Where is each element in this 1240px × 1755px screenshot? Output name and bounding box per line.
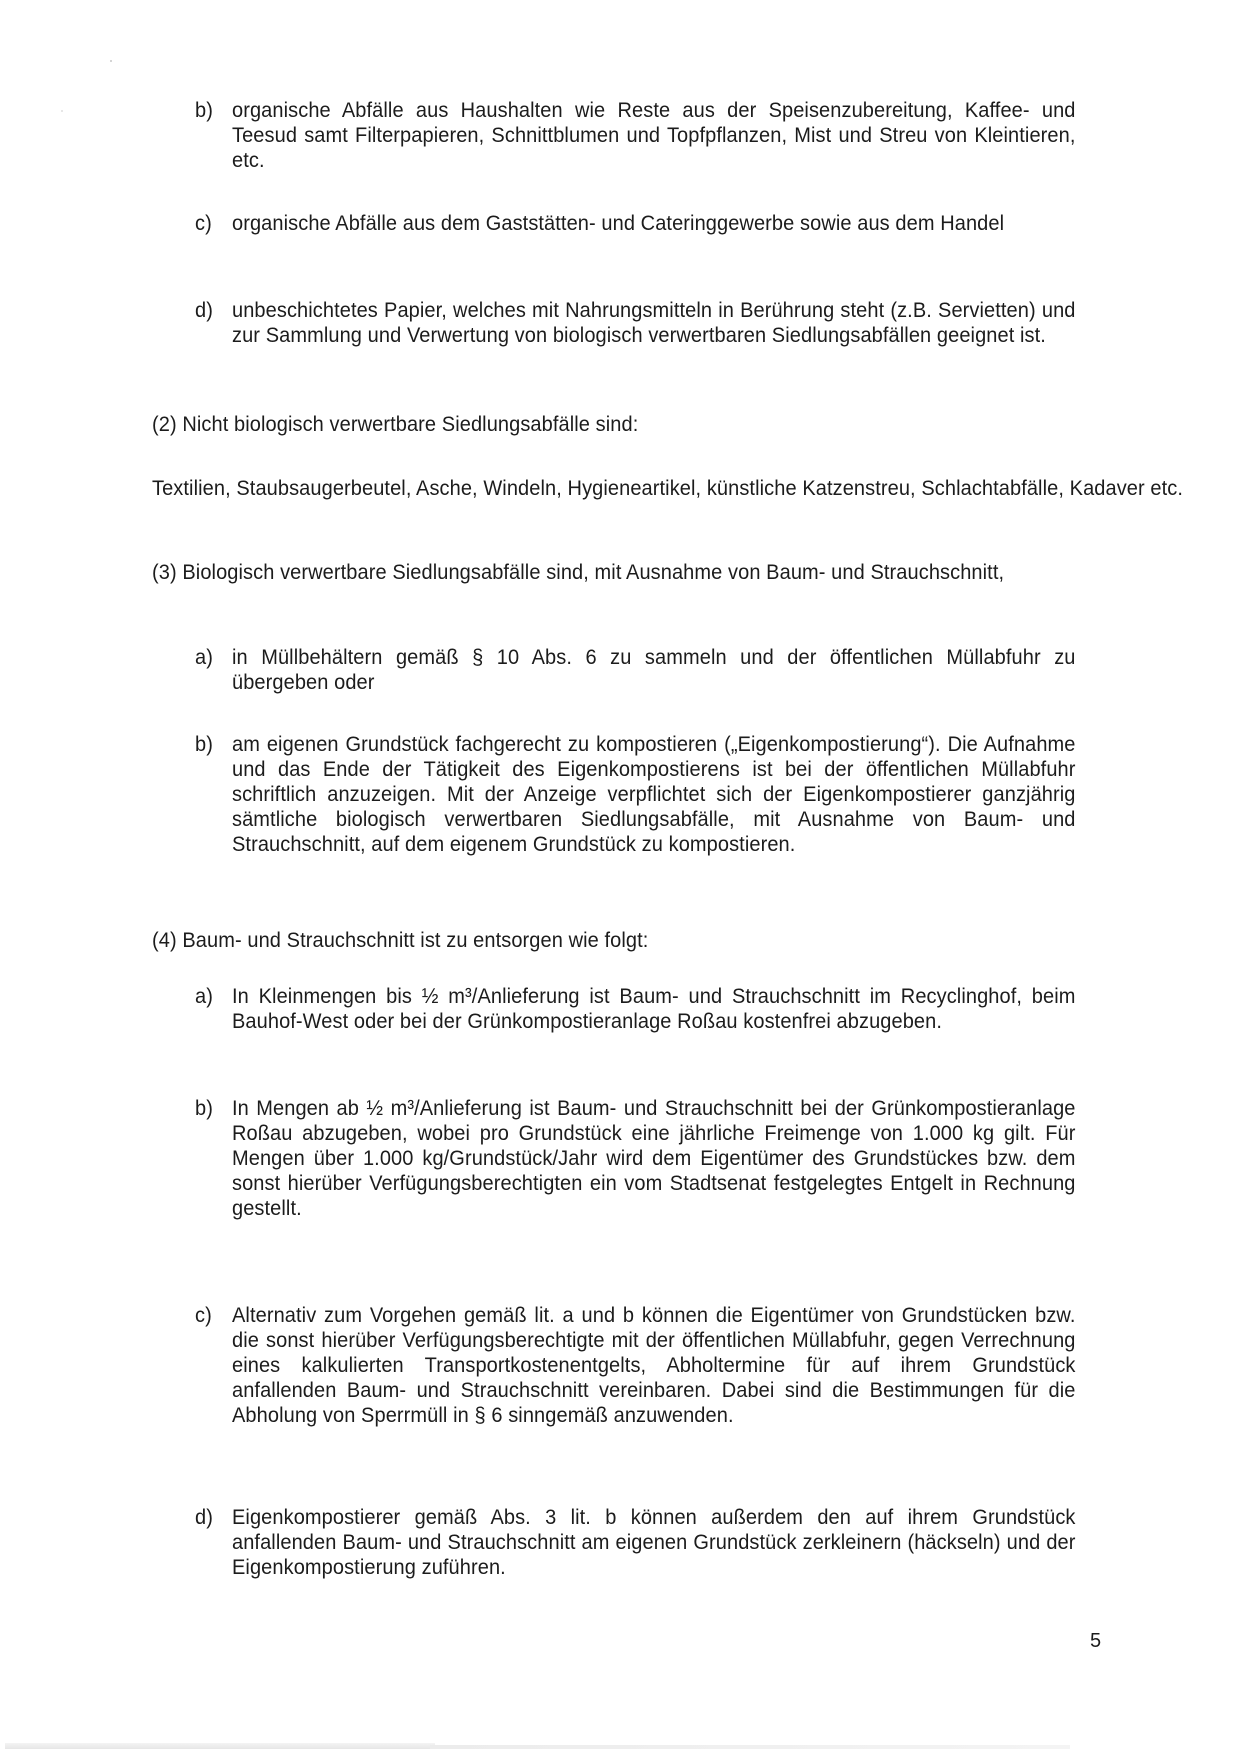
list-text: Eigenkompostierer gemäß Abs. 3 lit. b kö… [232, 1505, 1076, 1580]
list-text: organische Abfälle aus dem Gaststätten- … [232, 211, 1076, 236]
scan-edge [5, 1743, 435, 1749]
list-label: c) [195, 211, 213, 236]
list-label: b) [195, 1096, 214, 1121]
list-text: am eigenen Grundstück fachgerecht zu kom… [232, 732, 1076, 857]
scan-speck [61, 110, 63, 112]
list-label: a) [195, 984, 214, 1009]
document-page: b) organische Abfälle aus Haushalten wie… [0, 0, 1240, 1755]
list-label: a) [195, 645, 214, 670]
list-label: d) [195, 298, 214, 323]
list-label: b) [195, 732, 214, 757]
list-text: in Müllbehältern gemäß § 10 Abs. 6 zu sa… [232, 645, 1076, 695]
list-text: unbeschichtetes Papier, welches mit Nahr… [232, 298, 1076, 348]
paragraph-4-heading: (4) Baum- und Strauchschnitt ist zu ents… [152, 928, 1152, 953]
scan-edge [430, 1745, 1070, 1749]
list-text: Alternativ zum Vorgehen gemäß lit. a und… [232, 1303, 1076, 1428]
paragraph-3-heading: (3) Biologisch verwertbare Siedlungsabfä… [152, 560, 1240, 585]
list-label: d) [195, 1505, 214, 1530]
list-text: organische Abfälle aus Haushalten wie Re… [232, 98, 1076, 173]
page-number: 5 [1090, 1630, 1101, 1653]
list-text: In Mengen ab ½ m³/Anlieferung ist Baum- … [232, 1096, 1076, 1221]
list-text: In Kleinmengen bis ½ m³/Anlieferung ist … [232, 984, 1076, 1034]
list-label: c) [195, 1303, 213, 1328]
paragraph-2-heading: (2) Nicht biologisch verwertbare Siedlun… [152, 412, 1152, 437]
scan-speck [110, 60, 112, 62]
list-label: b) [195, 98, 214, 123]
paragraph-2-text: Textilien, Staubsaugerbeutel, Asche, Win… [152, 476, 1240, 501]
